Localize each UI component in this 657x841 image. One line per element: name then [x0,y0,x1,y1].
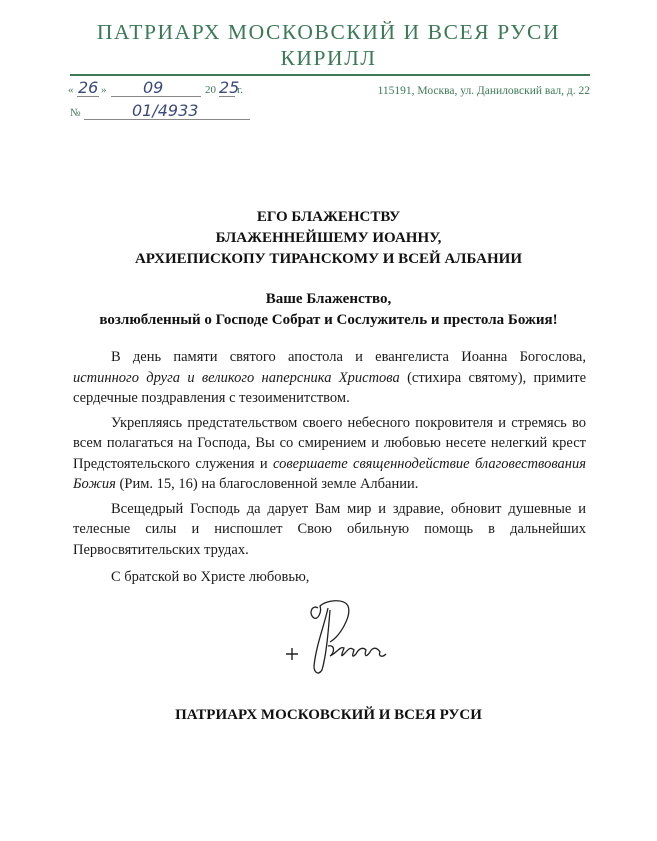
signatory-title: ПАТРИАРХ МОСКОВСКИЙ И ВСЕЯ РУСИ [0,707,657,724]
date-month: 09 [143,78,163,97]
quote-close: » [101,84,107,96]
addressee-line-1: ЕГО БЛАЖЕНСТВУ [0,207,657,228]
signature-icon [278,596,428,686]
year-prefix: 20 [205,84,216,96]
document-number-field: № 01/4933 [70,104,270,122]
salutation-line-2: возлюбленный о Господе Собрат и Сослужит… [0,310,657,331]
body-paragraph-3: Всещедрый Господь да дарует Вам мир и зд… [73,499,586,561]
date-field: « 26 » 09 20 25 г. [68,81,368,99]
salutation-block: Ваше Блаженство, возлюбленный о Господе … [0,289,657,331]
letterhead-divider [70,74,590,76]
paragraph-text: В день памяти святого апостола и евангел… [111,349,586,365]
quotation-italic: истинного друга и великого наперсника Хр… [73,370,400,386]
letterhead-title: ПАТРИАРХ МОСКОВСКИЙ И ВСЕЯ РУСИ [0,20,657,45]
letterhead-name: КИРИЛЛ [0,46,657,71]
quote-open: « [68,84,74,96]
signature [278,596,428,686]
paragraph-text: (Рим. 15, 16) на благословенной земле Ал… [116,476,418,492]
addressee-block: ЕГО БЛАЖЕНСТВУ БЛАЖЕННЕЙШЕМУ ИОАННУ, АРХ… [0,207,657,270]
number-label: № [70,107,81,119]
closing-phrase: С братской во Христе любовью, [111,569,309,586]
document-number: 01/4933 [132,101,198,120]
year-unit: г. [237,84,243,96]
date-day: 26 [78,78,98,97]
body-paragraph-1: В день памяти святого апостола и евангел… [73,347,586,409]
body-paragraph-2: Укрепляясь предстательством своего небес… [73,413,586,495]
addressee-line-3: АРХИЕПИСКОПУ ТИРАНСКОМУ И ВСЕЙ АЛБАНИИ [0,249,657,270]
addressee-line-2: БЛАЖЕННЕЙШЕМУ ИОАННУ, [0,228,657,249]
salutation-line-1: Ваше Блаженство, [0,289,657,310]
letterhead-address: 115191, Москва, ул. Даниловский вал, д. … [378,85,590,97]
letter-body: В день памяти святого апостола и евангел… [73,347,586,564]
